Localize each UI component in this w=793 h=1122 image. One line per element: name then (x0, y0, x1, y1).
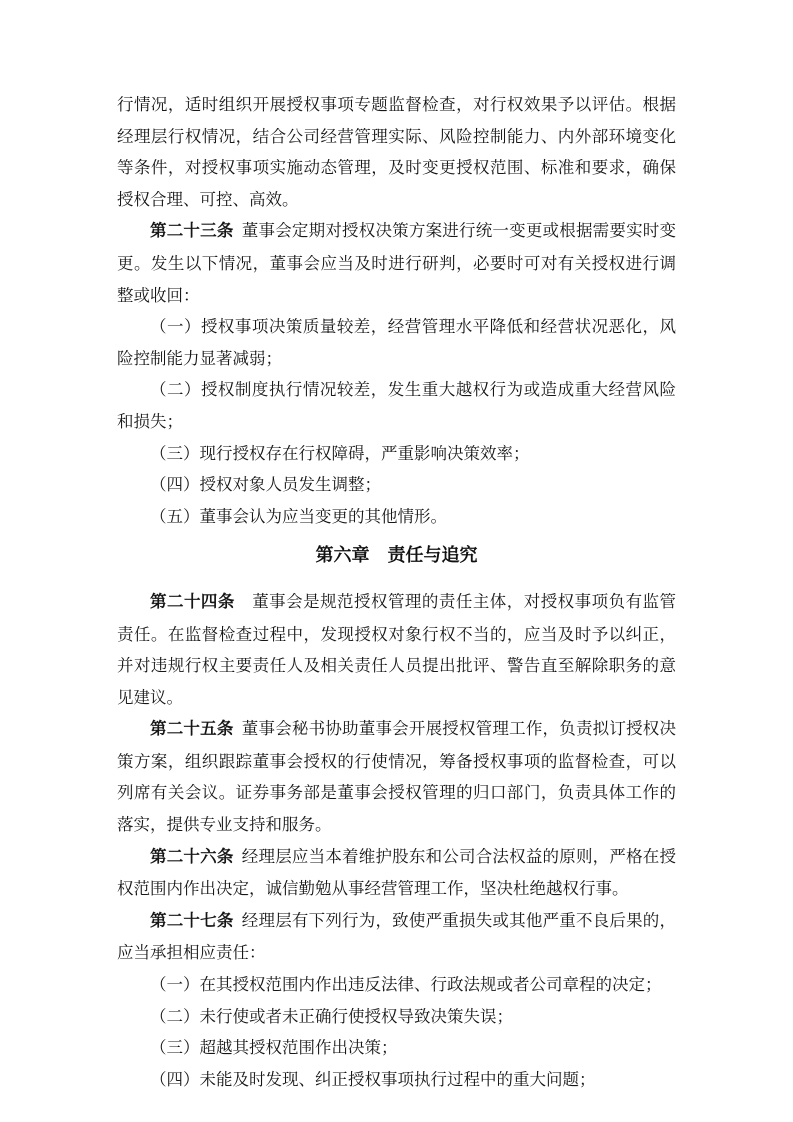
article-27-number: 第二十七条 (150, 912, 234, 930)
article-26-number: 第二十六条 (150, 848, 234, 866)
list-item: （二）授权制度执行情况较差，发生重大越权行为或造成重大经营风险和损失； (117, 374, 676, 437)
list-item: （三）超越其授权范围作出决策； (117, 1032, 676, 1064)
list-item: （一）在其授权范围内作出违反法律、行政法规或者公司章程的决定； (117, 969, 676, 1001)
article-25-number: 第二十五条 (150, 720, 234, 738)
list-item: （一）授权事项决策质量较差，经营管理水平降低和经营状况恶化，风险控制能力显著减弱… (117, 311, 676, 374)
list-item: （五）董事会认为应当变更的其他情形。 (117, 501, 676, 533)
article-27-paragraph: 第二十七条经理层有下列行为，致使严重损失或其他严重不良后果的，应当承担相应责任： (117, 905, 676, 969)
article-25-paragraph: 第二十五条董事会秘书协助董事会开展授权管理工作，负责拟订授权决策方案，组织跟踪董… (117, 713, 676, 840)
document-page: 行情况，适时组织开展授权事项专题监督检查，对行权效果予以评估。根据经理层行权情况… (0, 0, 793, 1122)
article-23-paragraph: 第二十三条董事会定期对授权决策方案进行统一变更或根据需要实时变更。发生以下情况，… (117, 215, 676, 311)
article-23-number: 第二十三条 (150, 222, 234, 240)
paragraph-continuation: 行情况，适时组织开展授权事项专题监督检查，对行权效果予以评估。根据经理层行权情况… (117, 89, 676, 215)
article-26-paragraph: 第二十六条经理层应当本着维护股东和公司合法权益的原则，严格在授权范围内作出决定，… (117, 841, 676, 905)
article-24-paragraph: 第二十四条董事会是规范授权管理的责任主体，对授权事项负有监管责任。在监督检查过程… (117, 586, 676, 713)
list-item: （四）未能及时发现、纠正授权事项执行过程中的重大问题； (117, 1064, 676, 1096)
list-item: （三）现行授权存在行权障碍，严重影响决策效率； (117, 438, 676, 470)
chapter-heading: 第六章 责任与追究 (117, 540, 676, 572)
list-item: （四）授权对象人员发生调整； (117, 469, 676, 501)
article-24-number: 第二十四条 (150, 593, 235, 611)
list-item: （二）未行使或者未正确行使授权导致决策失误； (117, 1001, 676, 1033)
